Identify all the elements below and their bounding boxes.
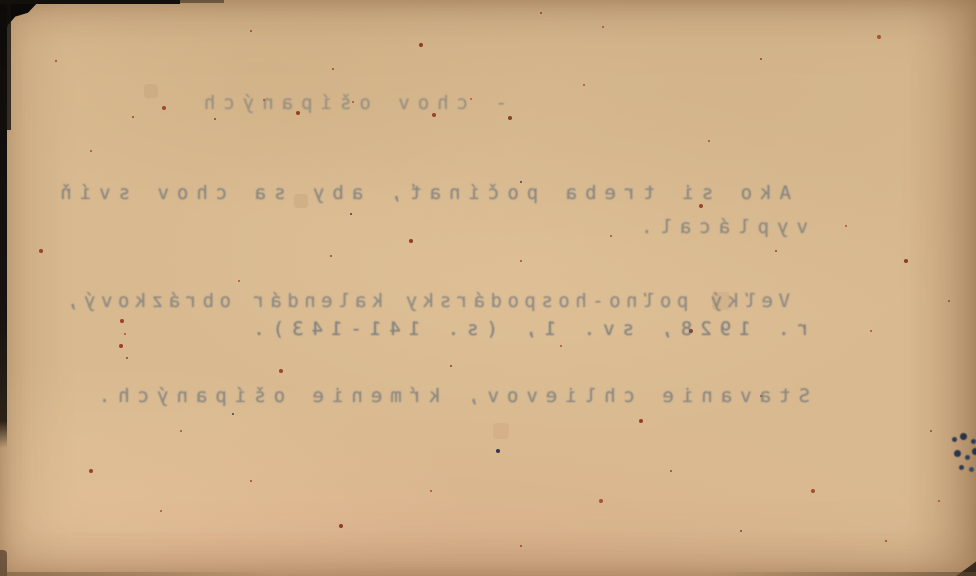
scanned-card: - chov ošípaných Ako si treba počínať, a…	[0, 0, 976, 576]
mirrored-typewritten-line-4: Veľký poľno-hospodársky kalendár obrázko…	[62, 289, 790, 313]
scan-edge-left-strip	[0, 0, 7, 448]
scan-edge-top-line-fade	[180, 0, 224, 3]
mirrored-typewritten-line-5: r. 1928, sv. 1, (s. 141-143).	[245, 317, 809, 341]
mirrored-typewritten-line-6: Stavanie chlievov, kŕmenie ošípaných.	[91, 384, 810, 408]
scan-edge-bottom-shadow	[0, 572, 976, 576]
mirrored-typewritten-line-2: Ako si treba počínať, aby sa chov svíň	[52, 181, 791, 205]
mirrored-typewritten-line-1: - chov ošípaných	[196, 91, 507, 115]
ink-smudge-right	[948, 430, 951, 433]
scan-edge-left-strip-inner	[7, 0, 11, 130]
scan-edge-top-line	[0, 0, 180, 4]
mirrored-typewritten-line-3: vyplácal.	[633, 215, 808, 239]
